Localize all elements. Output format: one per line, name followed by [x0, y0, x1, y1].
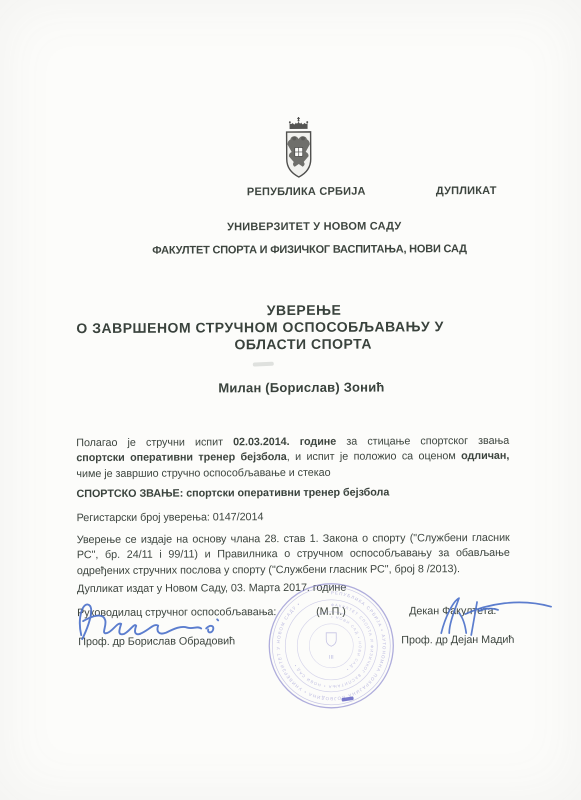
faculty-name: ФАКУЛТЕТ СПОРТА И ФИЗИЧКОГ ВАСПИТАЊА, НО… [152, 243, 467, 257]
round-ink-stamp: РЕПУБЛИКА СРБИЈА • АУТОНОМНА ПОКРАЈИНА В… [264, 578, 399, 713]
text-segment: одличан, [461, 450, 509, 462]
republic-label: РЕПУБЛИКА СРБИЈА [247, 186, 366, 199]
certificate-title: УВЕРЕЊЕ О ЗАВРШЕНОМ СТРУЧНОМ ОСПОСОБЉАВА… [86, 301, 519, 354]
coat-of-arms-serbia-icon [275, 115, 323, 183]
text-segment: Полагао је стручни испит [76, 436, 233, 449]
text-segment: , и испит је положио са оценом [287, 450, 461, 463]
left-signature-handwriting [67, 592, 257, 647]
stamp-center-mark: III [329, 655, 334, 661]
text-segment: 02.03.2014. године [233, 436, 336, 449]
paragraph-legal-line-3: одређених стручних послова у спорту ("Сл… [77, 562, 510, 580]
paragraph-exam: Полагао је стручни испит 02.03.2014. год… [76, 434, 509, 482]
title-line-3: ОБЛАСТИ СПОРТА [87, 335, 520, 354]
university-name: УНИВЕРЗИТЕТ У НОВОМ САДУ [227, 220, 401, 233]
crown-shape [290, 122, 308, 129]
paragraph-exam-line-3: чиме је завршио стручно оспособљавање и … [76, 465, 509, 483]
right-signature-handwriting [429, 587, 559, 644]
holder-name: Милан (Борислав) Зонић [85, 379, 518, 396]
duplicate-label: ДУПЛИКАТ [436, 185, 497, 197]
paragraph-legal: Уверење се издаје на основу члана 28. ст… [77, 531, 510, 579]
stamp-ring-text-middle: ФАКУЛТЕТ СПОРТА И ФИЗИЧКОГ ВАСПИТАЊА • Н… [292, 602, 375, 690]
text-segment: РС", бр. 24/11 i 99/11) и Правилника о с… [77, 547, 510, 561]
sport-title-line: СПОРТСКО ЗВАЊЕ: спортски оперативни трен… [76, 486, 389, 500]
stamp-center-emblem [326, 633, 336, 647]
text-segment: за стицање спортског звања [336, 435, 509, 448]
paragraph-exam-line-2: спортски оперативни тренер бејзбола, и и… [76, 449, 509, 467]
text-segment: Уверење се издаје на основу члана 28. ст… [77, 532, 510, 546]
text-segment: одређених стручних послова у спорту ("Сл… [77, 563, 460, 577]
registry-number-line: Регистарски број уверења: 0147/2014 [77, 511, 264, 524]
scan-smudge [253, 362, 274, 367]
text-segment: чиме је завршио стручно оспособљавање и … [76, 467, 330, 480]
text-segment: спортски оперативни тренер бејзбола [76, 451, 287, 464]
svg-text:ФАКУЛТЕТ СПОРТА И ФИЗИЧКОГ ВАС: ФАКУЛТЕТ СПОРТА И ФИЗИЧКОГ ВАСПИТАЊА • Н… [292, 602, 375, 690]
certificate-document: РЕПУБЛИКА СРБИЈА ДУПЛИКАТ УНИВЕРЗИТЕТ У … [0, 0, 581, 800]
